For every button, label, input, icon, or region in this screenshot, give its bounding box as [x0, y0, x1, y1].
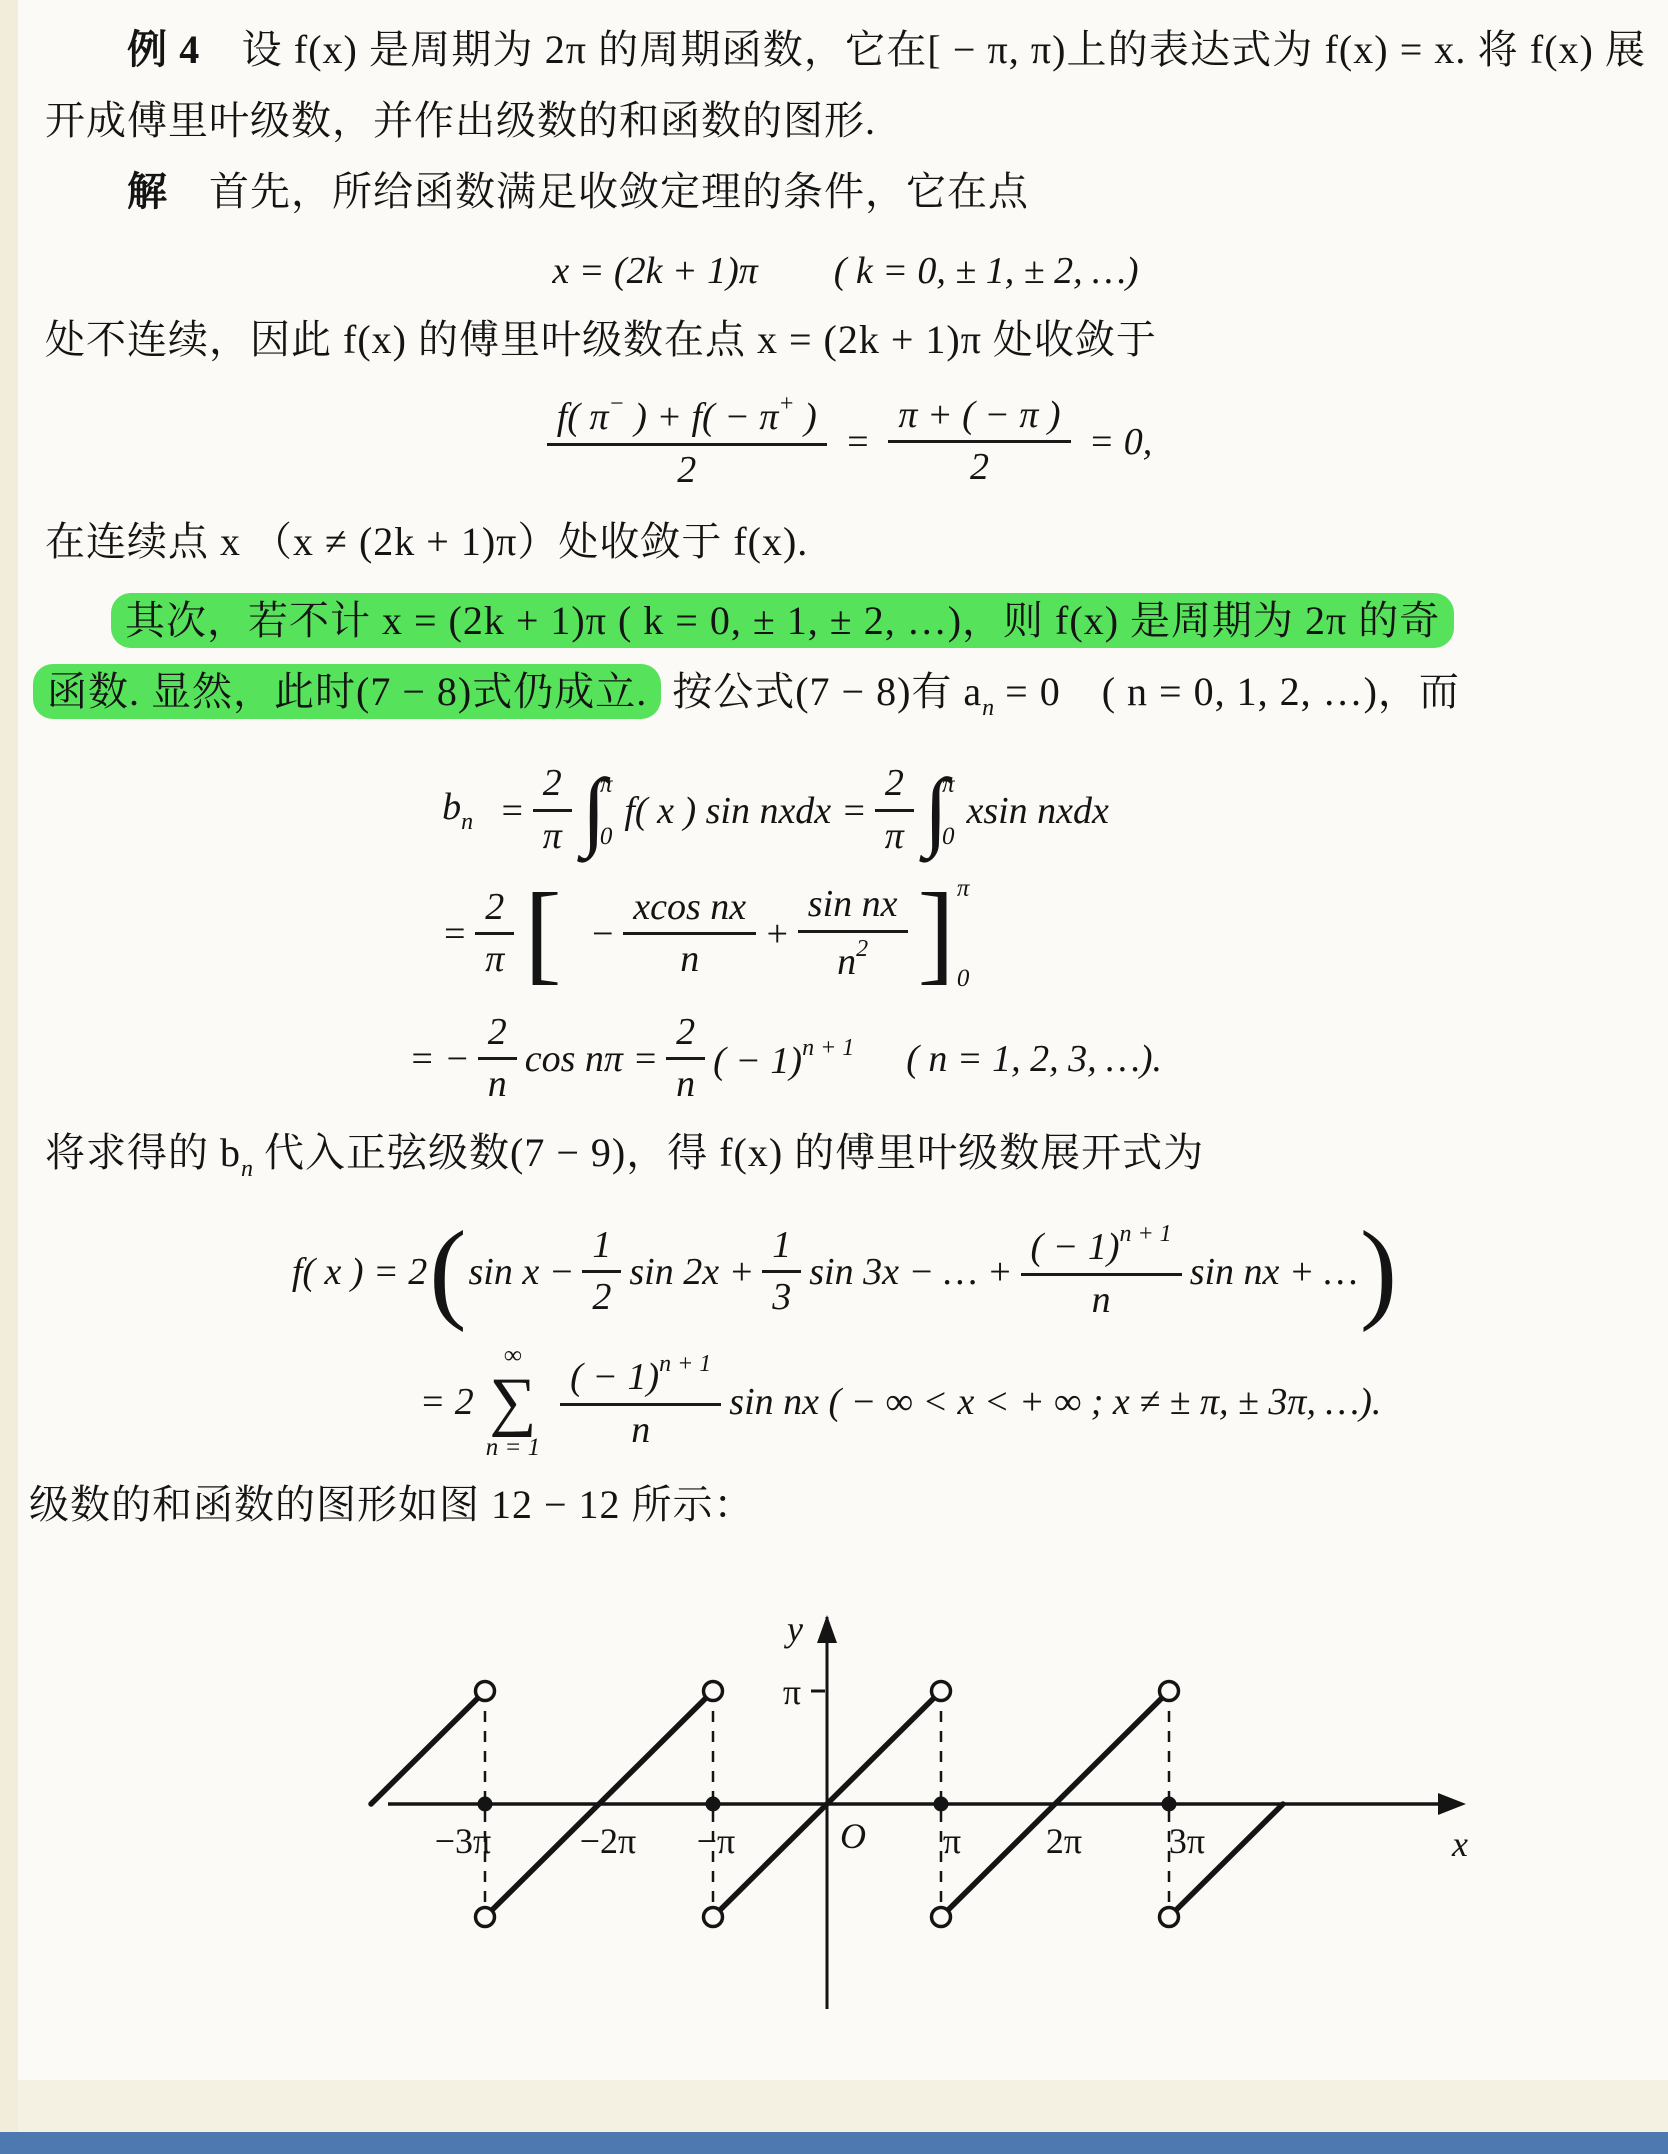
solution-text: 首先，所给函数满足收敛定理的条件，它在点	[168, 169, 1029, 214]
paragraph-highlighted: 其次，若不计 x = (2k + 1)π ( k = 0, ± 1, ± 2, …	[45, 585, 1646, 744]
equation-fourier-expansion: f( x ) = 2 ( sin x − 12 sin 2x + 13 sin …	[45, 1221, 1646, 1322]
y-axis-label: y	[784, 1609, 803, 1649]
paragraph-not-continuous: 处不连续，因此 f(x) 的傅里叶级数在点 x = (2k + 1)π 处收敛于	[45, 304, 1646, 375]
left-bracket: [	[524, 889, 561, 979]
sawtooth-graph: π−3π−2π−ππ2π3πyxO	[45, 1574, 1668, 2024]
open-circle-point	[1160, 1682, 1179, 1701]
left-paren: (	[429, 1227, 466, 1317]
open-circle-point	[704, 1682, 723, 1701]
equals-sign: =	[845, 420, 871, 464]
fraction-xcos: xcos nxn	[623, 886, 756, 982]
b-sub-n: n	[241, 1156, 253, 1182]
fraction-left: f( π− ) + f( − π+ ) 2	[547, 391, 827, 492]
minus-sign: −	[590, 912, 616, 956]
eq-tail: = 0,	[1089, 420, 1153, 464]
equals-sign: =	[841, 789, 867, 833]
open-circle-point	[476, 1908, 495, 1927]
equation-bn-result: = − 2n cos nπ = 2n ( − 1)n + 1 ( n = 1, …	[0, 1011, 1586, 1107]
integrand-1: f( x ) sin nxdx	[624, 789, 831, 833]
num-part: f( π	[557, 396, 609, 438]
x-axis-label: x	[1451, 1824, 1468, 1864]
integral-0-to-pi: ∫π0	[924, 767, 955, 855]
y-tick-label: π	[783, 1672, 801, 1712]
num-part: )	[795, 396, 817, 438]
equals-minus: = −	[409, 1037, 470, 1081]
fraction-right: π + ( − π ) 2	[888, 394, 1070, 490]
equals-sign: =	[442, 912, 468, 956]
sawtooth-segment	[371, 1691, 485, 1804]
sum-domain: sin nx ( − ∞ < x < + ∞ ; x ≠ ± π, ± 3π, …	[729, 1380, 1381, 1424]
bracket-limits: π0	[957, 873, 970, 995]
highlighted-text-2: 函数. 显然，此时(7 − 8)式仍成立.	[33, 664, 661, 719]
paragraph-solution: 解 首先，所给函数满足收敛定理的条件，它在点	[45, 156, 1646, 227]
fx-equals-2: f( x ) = 2	[292, 1250, 427, 1294]
right-bracket: ]	[918, 889, 955, 979]
page-content: 例 4 设 f(x) 是周期为 2π 的周期函数，它在[ − π, π)上的表达…	[45, 8, 1646, 2029]
figure-12-12: π−3π−2π−ππ2π3πyxO	[45, 1574, 1646, 2029]
open-circle-point	[704, 1908, 723, 1927]
fraction-2-over-pi: 2π	[875, 762, 914, 858]
open-circle-point	[932, 1682, 951, 1701]
filled-dot-point	[478, 1797, 493, 1812]
highlighted-text-1: 其次，若不计 x = (2k + 1)π ( k = 0, ± 1, ± 2, …	[111, 593, 1454, 648]
integral-0-to-pi: [∫π0	[582, 767, 613, 855]
filled-dot-point	[934, 1797, 949, 1812]
equation-discontinuity-points: x = (2k + 1)π ( k = 0, ± 1, ± 2, …)	[45, 239, 1646, 294]
term-sin2x: sin 2x +	[629, 1250, 754, 1294]
example-text: 设 f(x) 是周期为 2π 的周期函数，它在[ − π, π)上的表达式为 f…	[45, 27, 1646, 143]
equals-2: = 2	[420, 1380, 474, 1424]
page-bottom-edge	[0, 2080, 1668, 2132]
x-tick-label: 2π	[1046, 1821, 1082, 1861]
x-tick-label: 3π	[1169, 1821, 1205, 1861]
open-circle-point	[476, 1682, 495, 1701]
after-highlight-text: 按公式(7 − 8)有 an = 0 ( n = 0, 1, 2, …)，而	[661, 669, 1460, 714]
n-domain: ( n = 1, 2, 3, …).	[906, 1037, 1162, 1081]
page-bottom-bar	[0, 2132, 1668, 2154]
paragraph-continuous-points: 在连续点 x （x ≠ (2k + 1)π）处收敛于 f(x).	[45, 506, 1646, 577]
origin-label: O	[840, 1816, 866, 1856]
x-tick-label: π	[943, 1821, 961, 1861]
term-sin3x: sin 3x − … +	[809, 1250, 1012, 1294]
x-tick-label: −π	[697, 1821, 735, 1861]
right-paren: )	[1360, 1227, 1397, 1317]
fraction-left-numerator: f( π− ) + f( − π+ )	[547, 391, 827, 446]
equals-sign: =	[499, 789, 525, 833]
filled-dot-point	[1162, 1797, 1177, 1812]
fraction-2-over-pi: 2π	[475, 886, 514, 982]
textbook-page: 例 4 设 f(x) 是周期为 2π 的周期函数，它在[ − π, π)上的表达…	[0, 0, 1668, 2154]
sigma-icon: ∑	[489, 1369, 536, 1435]
fraction-general-term: ( − 1)n + 1n	[1021, 1221, 1182, 1322]
paragraph-example4: 例 4 设 f(x) 是周期为 2π 的周期函数，它在[ − π, π)上的表达…	[45, 14, 1646, 156]
fraction-2-over-pi: 2π	[533, 762, 572, 858]
integrand-2: xsin nxdx	[966, 789, 1108, 833]
fraction-right-denominator: 2	[970, 443, 989, 490]
fraction-right-numerator: π + ( − π )	[888, 394, 1070, 444]
equation-sum-form: = 2 ∞∑n = 1 ( − 1)n + 1n sin nx ( − ∞ < …	[100, 1343, 1668, 1462]
fraction-1-over-2: 12	[582, 1224, 621, 1320]
example-label: 例 4	[127, 27, 200, 72]
page-left-edge	[0, 0, 18, 2154]
open-circle-point	[932, 1908, 951, 1927]
equation-bn-integral: bn = 2π [∫π0 f( x ) sin nxdx = 2π ∫π0 xs…	[0, 762, 1576, 858]
term-sinnx: sin nx + …	[1190, 1250, 1358, 1294]
fraction-1-over-3: 13	[762, 1224, 801, 1320]
solution-label: 解	[127, 169, 168, 214]
a-sub-n: n	[982, 695, 994, 721]
fraction-left-denominator: 2	[677, 446, 696, 493]
fraction-sin: sin nxn2	[798, 883, 908, 984]
x-tick-label: −3π	[435, 1821, 491, 1861]
equation-antiderivative: = 2π [ − xcos nxn + sin nxn2 ] π0	[0, 873, 1506, 995]
sup-minus: −	[609, 391, 625, 417]
fraction-2-over-n: 2n	[666, 1011, 705, 1107]
paragraph-figure-reference: 级数的和函数的图形如图 12 − 12 所示：	[29, 1469, 1646, 1540]
y-axis-arrow-icon	[817, 1615, 837, 1643]
term-sinx: sin x −	[469, 1250, 575, 1294]
bn-symbol: bn	[442, 785, 473, 836]
sigma-sum: ∞∑n = 1	[486, 1343, 540, 1462]
x-axis-arrow-icon	[1438, 1793, 1466, 1815]
fraction-2-over-n: 2n	[478, 1011, 517, 1107]
power-term: ( − 1)n + 1	[713, 1035, 854, 1083]
filled-dot-point	[706, 1797, 721, 1812]
cos-term: cos nπ =	[525, 1037, 658, 1081]
sup-plus: +	[778, 391, 794, 417]
highlight-line-2: 函数. 显然，此时(7 − 8)式仍成立. 按公式(7 − 8)有 an = 0…	[33, 656, 1646, 744]
sigma-lower: n = 1	[486, 1435, 540, 1461]
eq-points-text: x = (2k + 1)π ( k = 0, ± 1, ± 2, …)	[552, 239, 1138, 294]
fraction-general-term: ( − 1)n + 1n	[560, 1351, 721, 1452]
equation-convergence-value: f( π− ) + f( − π+ ) 2 = π + ( − π ) 2 = …	[45, 391, 1646, 492]
open-circle-point	[1160, 1908, 1179, 1927]
num-part: ) + f( − π	[625, 396, 779, 438]
paragraph-substitute: 将求得的 bn 代入正弦级数(7 − 9)，得 f(x) 的傅里叶级数展开式为	[45, 1117, 1646, 1205]
x-tick-label: −2π	[580, 1821, 636, 1861]
plus-sign: +	[764, 912, 790, 956]
highlight-line-1: 其次，若不计 x = (2k + 1)π ( k = 0, ± 1, ± 2, …	[45, 585, 1646, 656]
